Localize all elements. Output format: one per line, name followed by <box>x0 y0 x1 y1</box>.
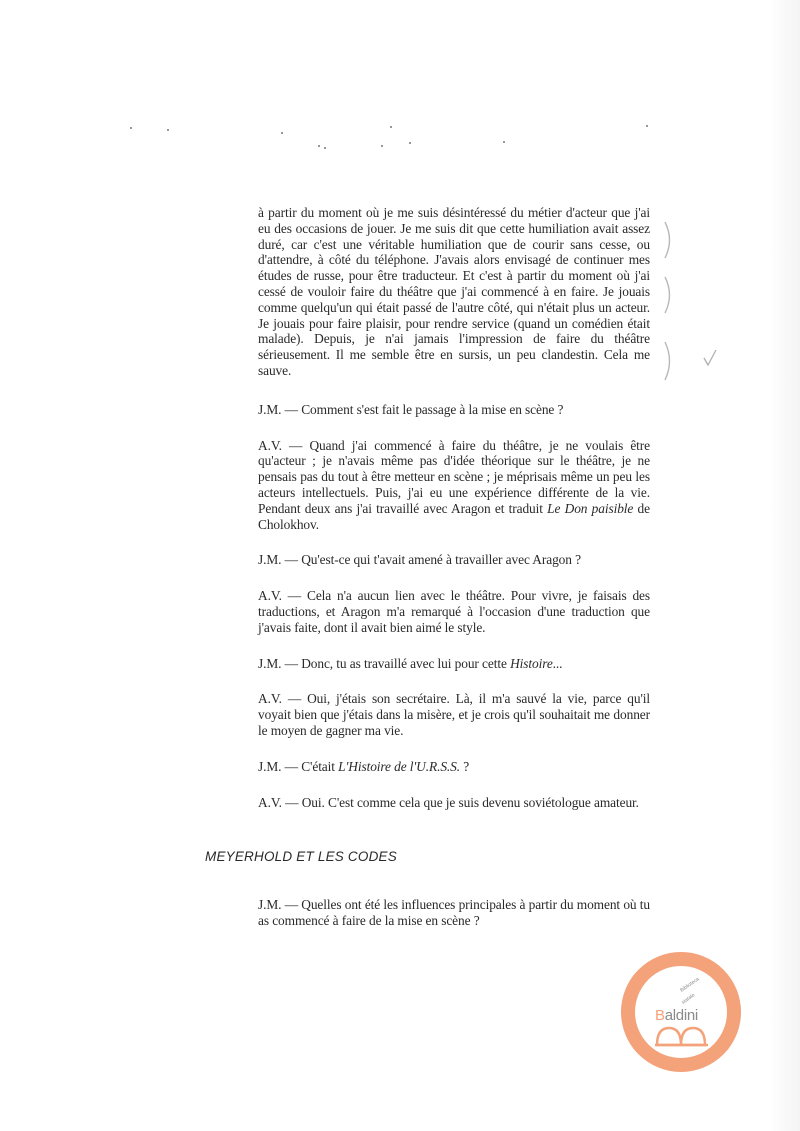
margin-bracket-icon <box>662 340 676 382</box>
speaker-label: J.M. — <box>258 656 298 671</box>
question-paragraph: J.M. — Qu'est-ce qui t'avait amené à tra… <box>258 552 650 568</box>
paragraph-text: ? <box>460 759 469 774</box>
stamp-name-rest: aldini <box>665 1007 698 1024</box>
checkmark-icon <box>702 348 718 368</box>
scan-noise <box>0 0 800 200</box>
margin-bracket-icon <box>662 220 676 260</box>
body-column: à partir du moment où je me suis désinté… <box>258 205 650 810</box>
speaker-label: A.V. — <box>258 438 302 453</box>
book-title: Le Don paisible <box>547 501 633 516</box>
answer-paragraph: A.V. — Cela n'a aucun lien avec le théât… <box>258 588 650 635</box>
speaker-label: J.M. — <box>258 897 298 912</box>
paragraph-text: Comment s'est fait le passage à la mise … <box>301 402 563 417</box>
speaker-label: J.M. — <box>258 759 298 774</box>
body-column-2: J.M. — Quelles ont été les influences pr… <box>258 897 650 929</box>
margin-bracket-icon <box>662 275 676 315</box>
paragraph-text: Qu'est-ce qui t'avait amené à travailler… <box>301 552 581 567</box>
question-paragraph: J.M. — Comment s'est fait le passage à l… <box>258 402 650 418</box>
question-paragraph: J.M. — Quelles ont été les influences pr… <box>258 897 650 929</box>
speaker-label: A.V. — <box>258 588 301 603</box>
paragraph-text: Cela n'a aucun lien avec le théâtre. Pou… <box>258 588 650 635</box>
paragraph-text: Donc, tu as travaillé avec lui pour cett… <box>301 656 510 671</box>
section-heading: MEYERHOLD ET LES CODES <box>205 849 397 864</box>
book-title: Histoire <box>510 656 553 671</box>
library-stamp: Biblioteca statale Baldini <box>621 952 741 1072</box>
stamp-initial: B <box>655 1007 665 1024</box>
paragraph-text: Quelles ont été les influences principal… <box>258 897 650 928</box>
speaker-label: J.M. — <box>258 552 298 567</box>
speaker-label: A.V. — <box>258 795 298 810</box>
question-paragraph: J.M. — C'était L'Histoire de l'U.R.S.S. … <box>258 759 650 775</box>
paragraph-continued: à partir du moment où je me suis désinté… <box>258 205 650 379</box>
open-book-icon <box>654 1025 710 1047</box>
paragraph-text: Oui, j'étais son secrétaire. Là, il m'a … <box>258 691 650 738</box>
paragraph-text: ... <box>553 656 563 671</box>
speaker-label: A.V. — <box>258 691 301 706</box>
paragraph-text: à partir du moment où je me suis désinté… <box>258 205 650 378</box>
answer-paragraph: A.V. — Oui. C'est comme cela que je suis… <box>258 795 650 811</box>
paragraph-text: C'était <box>301 759 338 774</box>
book-title: L'Histoire de l'U.R.S.S. <box>338 759 460 774</box>
scanned-page: à partir du moment où je me suis désinté… <box>0 0 800 1131</box>
answer-paragraph: A.V. — Quand j'ai commencé à faire du th… <box>258 438 650 533</box>
speaker-label: J.M. — <box>258 402 298 417</box>
paragraph-text: Oui. C'est comme cela que je suis devenu… <box>302 795 639 810</box>
question-paragraph: J.M. — Donc, tu as travaillé avec lui po… <box>258 656 650 672</box>
answer-paragraph: A.V. — Oui, j'étais son secrétaire. Là, … <box>258 691 650 738</box>
stamp-library-name: Baldini <box>655 1007 698 1024</box>
